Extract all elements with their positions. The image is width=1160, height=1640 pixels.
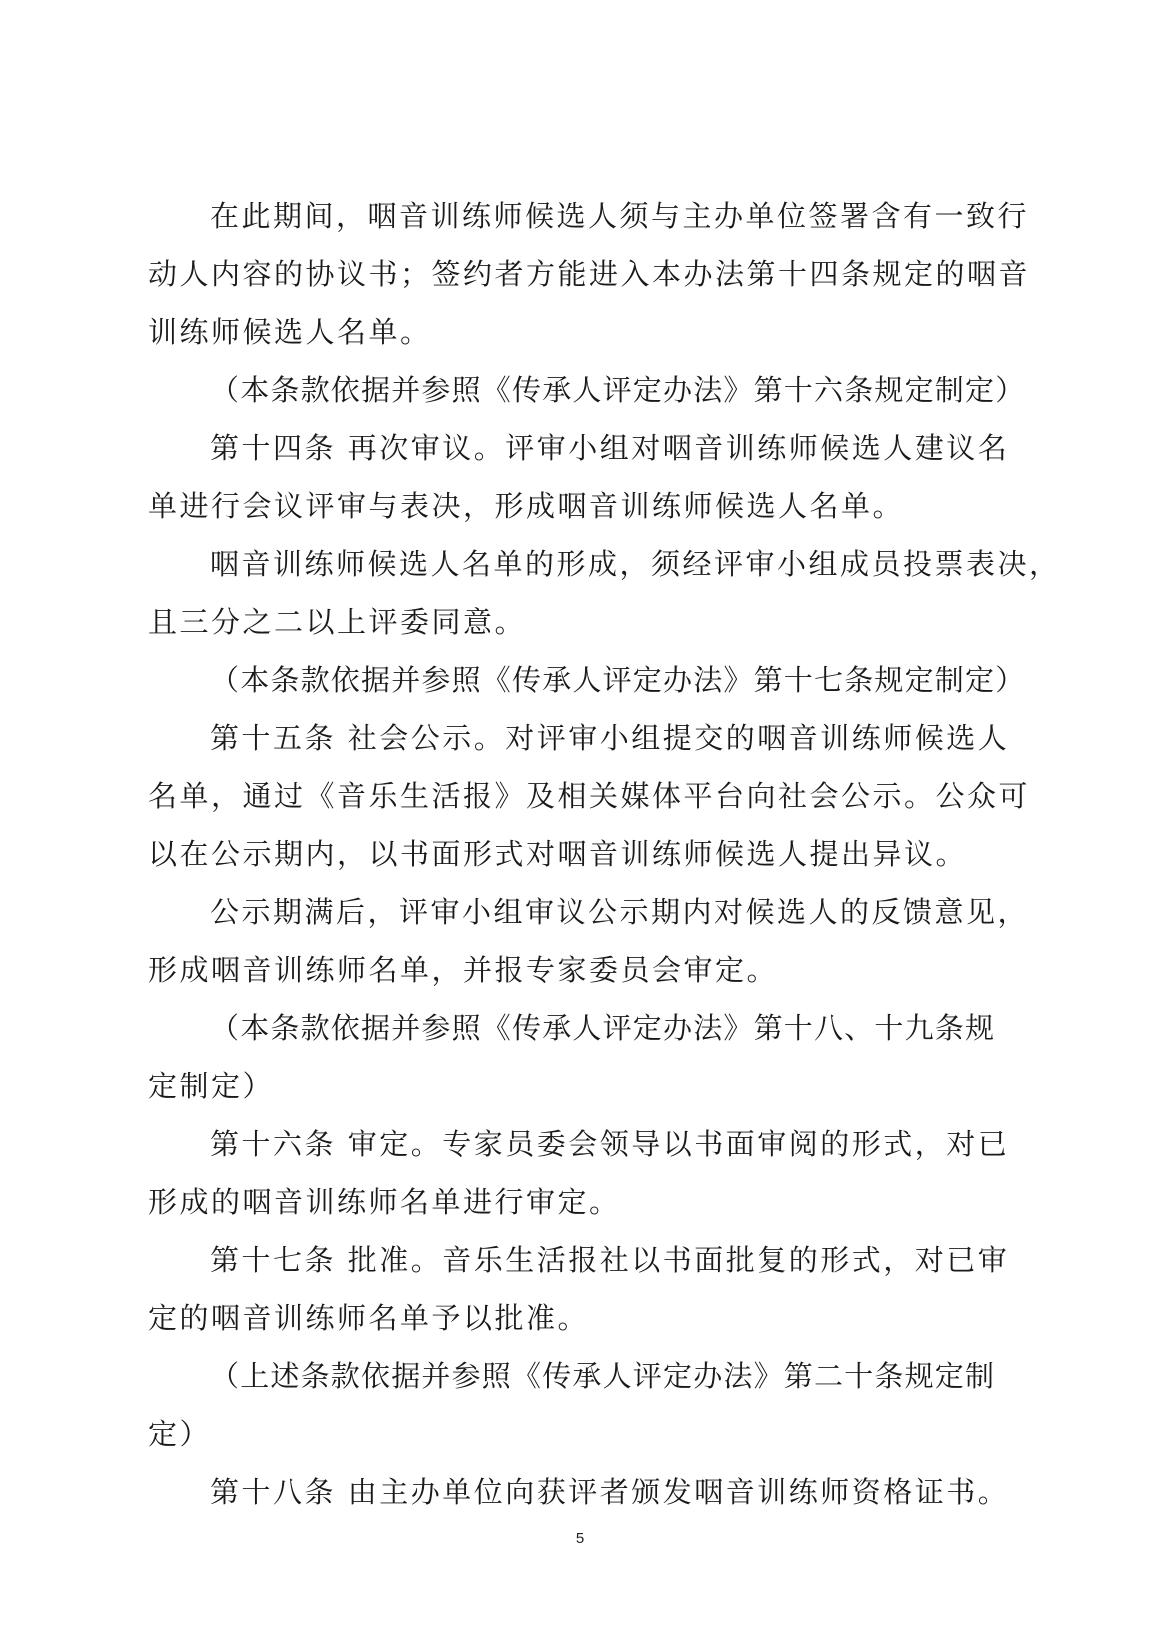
- page-number: 5: [0, 1530, 1160, 1547]
- article-17-heading-line: 第十七条 批准。音乐生活报社以书面批复的形式，对已审: [210, 1240, 978, 1280]
- paragraph-line: 名单，通过《音乐生活报》及相关媒体平台向社会公示。公众可: [148, 776, 978, 816]
- article-15-heading-line: 第十五条 社会公示。对评审小组提交的咽音训练师候选人: [210, 718, 978, 758]
- paragraph-line: 训练师候选人名单。: [148, 312, 978, 352]
- paragraph-line: 形成咽音训练师名单，并报专家委员会审定。: [148, 950, 978, 990]
- paragraph-line: 在此期间，咽音训练师候选人须与主办单位签署含有一致行: [210, 196, 978, 236]
- article-18-heading-line: 第十八条 由主办单位向获评者颁发咽音训练师资格证书。: [210, 1472, 978, 1512]
- paragraph-line: 动人内容的协议书；签约者方能进入本办法第十四条规定的咽音: [148, 254, 978, 294]
- paragraph-line: 且三分之二以上评委同意。: [148, 602, 978, 642]
- article-16-heading-line: 第十六条 审定。专家员委会领导以书面审阅的形式，对已: [210, 1124, 978, 1164]
- citation-note-continued: 定）: [148, 1414, 978, 1454]
- paragraph-line: 单进行会议评审与表决，形成咽音训练师候选人名单。: [148, 486, 978, 526]
- paragraph-line: 以在公示期内，以书面形式对咽音训练师候选人提出异议。: [148, 834, 978, 874]
- paragraph-line: 定的咽音训练师名单予以批准。: [148, 1298, 978, 1338]
- citation-note: （本条款依据并参照《传承人评定办法》第十八、十九条规: [210, 1008, 1040, 1048]
- citation-note: （本条款依据并参照《传承人评定办法》第十六条规定制定）: [210, 370, 1040, 410]
- document-page: 在此期间，咽音训练师候选人须与主办单位签署含有一致行 动人内容的协议书；签约者方…: [0, 0, 1160, 1640]
- paragraph-line: 咽音训练师候选人名单的形成，须经评审小组成员投票表决，: [210, 544, 978, 584]
- article-14-heading-line: 第十四条 再次审议。评审小组对咽音训练师候选人建议名: [210, 428, 978, 468]
- citation-note: （本条款依据并参照《传承人评定办法》第十七条规定制定）: [210, 660, 1040, 700]
- paragraph-line: 公示期满后，评审小组审议公示期内对候选人的反馈意见，: [210, 892, 978, 932]
- paragraph-line: 形成的咽音训练师名单进行审定。: [148, 1182, 978, 1222]
- citation-note-continued: 定制定）: [148, 1066, 978, 1106]
- citation-note: （上述条款依据并参照《传承人评定办法》第二十条规定制: [210, 1356, 1040, 1396]
